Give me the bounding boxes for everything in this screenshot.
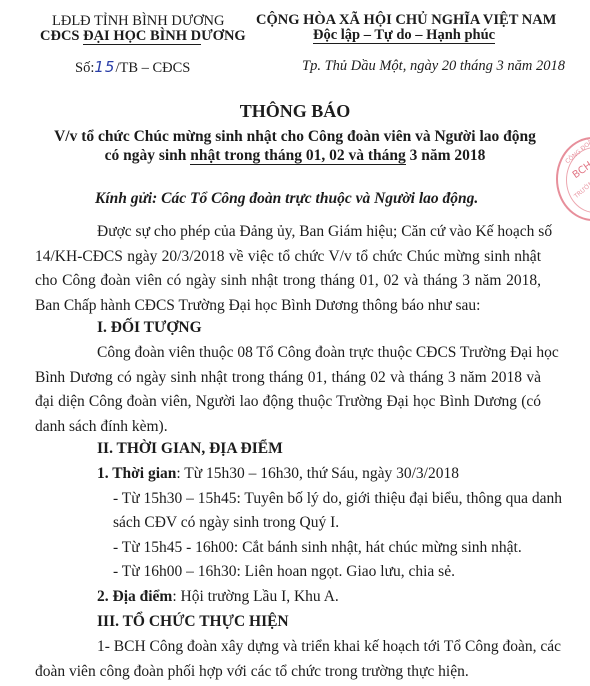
section-3-line: 1- BCH Công đoàn xây dựng và triển khai … bbox=[35, 635, 541, 660]
schedule-item: - Từ 15h45 - 16h00: Cắt bánh sinh nhật, … bbox=[113, 536, 522, 561]
recipient-line: Kính gửi: Các Tổ Công đoàn trực thuộc và… bbox=[95, 190, 478, 208]
handwritten-number: 15 bbox=[94, 58, 115, 76]
schedule-item: - Từ 16h00 – 16h30: Liên hoan ngọt. Giao… bbox=[113, 560, 455, 585]
document-number-suffix: /TB – CĐCS bbox=[115, 60, 190, 76]
section-3-body: 1- BCH Công đoàn xây dựng và triển khai … bbox=[35, 635, 541, 684]
place-value: : Hội trường Lầu I, Khu A. bbox=[172, 588, 338, 605]
place-date: Tp. Thủ Dầu Một, ngày 20 tháng 3 năm 201… bbox=[302, 58, 565, 75]
section-1-heading: I. ĐỐI TƯỢNG bbox=[97, 316, 202, 341]
time-value: : Từ 15h30 – 16h30, thứ Sáu, ngày 30/3/2… bbox=[176, 465, 459, 482]
issuer-org-suffix: ƯƠNG bbox=[201, 28, 246, 44]
issuer-org-underlined: ĐẠI HỌC BÌNH D bbox=[83, 28, 201, 45]
time-label: 1. Thời gian bbox=[97, 465, 176, 482]
section-3-heading: III. TỔ CHỨC THỰC HIỆN bbox=[97, 610, 289, 635]
section-1-line: Công đoàn viên thuộc 08 Tổ Công đoàn trự… bbox=[35, 341, 541, 366]
section-3-line: đoàn viên công đoàn phối hợp với các tổ … bbox=[35, 660, 541, 685]
subject-line-2-underlined: nhật trong tháng 01, 02 và tháng bbox=[190, 147, 405, 165]
time-line: 1. Thời gian: Từ 15h30 – 16h30, thứ Sáu,… bbox=[97, 462, 459, 487]
intro-line: Được sự cho phép của Đảng ủy, Ban Giám h… bbox=[35, 220, 541, 245]
subject-line-2-prefix: có ngày sinh bbox=[105, 147, 191, 164]
issuer-org-prefix: CĐCS bbox=[40, 28, 83, 44]
intro-paragraph: Được sự cho phép của Đảng ủy, Ban Giám h… bbox=[35, 220, 541, 318]
section-2-heading: II. THỜI GIAN, ĐỊA ĐIỂM bbox=[97, 437, 283, 462]
document-title: THÔNG BÁO bbox=[0, 101, 590, 122]
section-1-body: Công đoàn viên thuộc 08 Tổ Công đoàn trự… bbox=[35, 341, 541, 439]
subject-line-1: V/v tổ chức Chúc mừng sinh nhật cho Công… bbox=[0, 128, 590, 146]
document-number: Số:15/TB – CĐCS bbox=[75, 58, 190, 77]
section-1-line: danh sách đính kèm). bbox=[35, 415, 541, 440]
document-number-prefix: Số: bbox=[75, 60, 94, 76]
schedule-item-cont: sách CĐV có ngày sinh trong Quý I. bbox=[113, 511, 339, 536]
place-line: 2. Địa điểm: Hội trường Lầu I, Khu A. bbox=[97, 585, 339, 610]
document-page: LĐLĐ TỈNH BÌNH DƯƠNG CĐCS ĐẠI HỌC BÌNH D… bbox=[0, 0, 590, 686]
schedule-item: - Từ 15h30 – 15h45: Tuyên bố lý do, giới… bbox=[113, 487, 562, 512]
national-motto: Độc lập – Tự do – Hạnh phúc bbox=[313, 28, 495, 44]
place-label: 2. Địa điểm bbox=[97, 588, 172, 605]
subject-line-2-suffix: 3 năm 2018 bbox=[406, 147, 486, 164]
intro-line: 14/KH-CĐCS ngày 20/3/2018 về việc tổ chứ… bbox=[35, 245, 541, 270]
section-1-line: Bình Dương có ngày sinh nhật trong tháng… bbox=[35, 366, 541, 391]
issuer-org: CĐCS ĐẠI HỌC BÌNH DƯƠNG bbox=[40, 28, 246, 45]
subject-line-2: có ngày sinh nhật trong tháng 01, 02 và … bbox=[0, 147, 590, 165]
section-1-line: đại diện Công đoàn viên, Người lao động … bbox=[35, 390, 541, 415]
intro-line: Ban Chấp hành CĐCS Trường Đại học Bình D… bbox=[35, 294, 541, 319]
intro-line: cho Công đoàn viên có ngày sinh nhật tro… bbox=[35, 269, 541, 294]
